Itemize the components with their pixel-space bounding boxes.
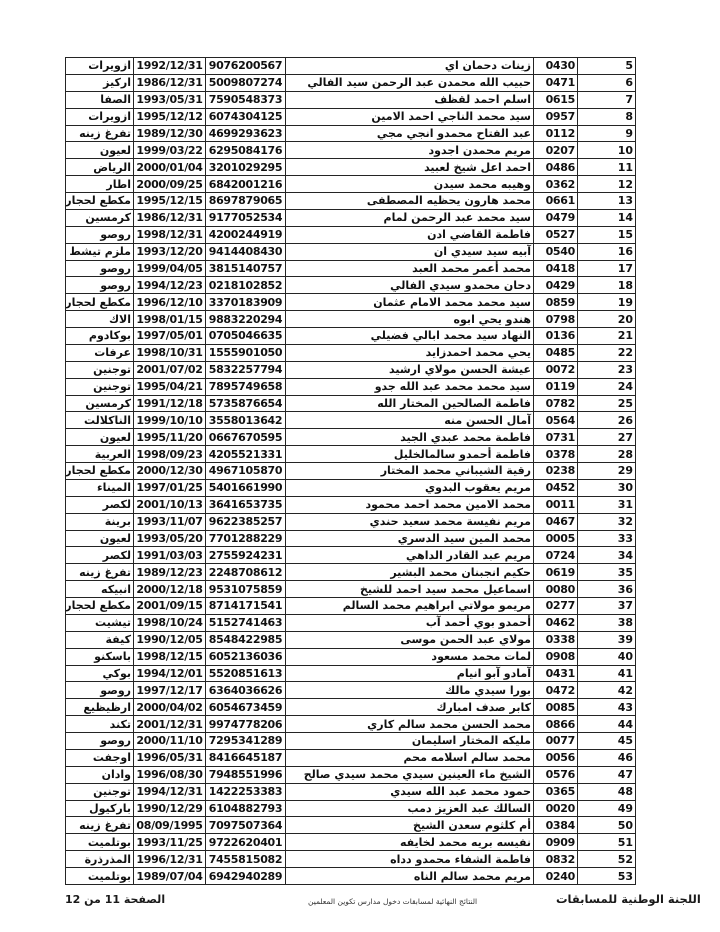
cell-candidate-code: 0909 (534, 834, 578, 851)
cell-exam-center: باركيول (66, 800, 134, 817)
cell-candidate-code: 0378 (534, 446, 578, 463)
table-row: 47 0576 الشيخ ماء العينين سيدي محمد سيدي… (66, 766, 636, 783)
cell-candidate-name: مولاي عبد الحمن موسى (286, 631, 534, 648)
cell-candidate-code: 0798 (534, 311, 578, 328)
cell-candidate-code: 0908 (534, 648, 578, 665)
cell-exam-center: مكطع لحجار (66, 463, 134, 480)
table-row: 37 0277 مريمو مولاتي ابراهيم محمد السالم… (66, 598, 636, 615)
cell-national-id: 3370183909 (206, 294, 286, 311)
table-row: 17 0418 محمد أعمر محمد العبد 3815140757 … (66, 260, 636, 277)
cell-serial-number: 46 (578, 749, 636, 766)
cell-candidate-name: الشيخ ماء العينين سيدي محمد سيدي صالح (286, 766, 534, 783)
cell-national-id: 3201029295 (206, 159, 286, 176)
cell-exam-center: بوكي (66, 665, 134, 682)
cell-candidate-name: مريمو مولاتي ابراهيم محمد السالم (286, 598, 534, 615)
cell-candidate-name: عيشة الحسن مولاي ارشيد (286, 361, 534, 378)
cell-candidate-code: 0418 (534, 260, 578, 277)
footer-doc-title: النتائج النهائية لمسابقات دخول مدارس تكو… (308, 897, 477, 906)
cell-exam-center: برينة (66, 513, 134, 530)
cell-birth-date: 1993/12/20 (134, 243, 206, 260)
cell-serial-number: 44 (578, 716, 636, 733)
cell-candidate-name: عبد الفتاح محمدو انجي مجي (286, 125, 534, 142)
cell-exam-center: مكطع لحجار (66, 598, 134, 615)
cell-serial-number: 47 (578, 766, 636, 783)
cell-national-id: 9177052534 (206, 209, 286, 226)
cell-birth-date: 1998/12/31 (134, 226, 206, 243)
cell-national-id: 8697879065 (206, 193, 286, 210)
cell-national-id: 6942940289 (206, 868, 286, 885)
table-row: 41 0431 آمادو آبو انيام 5520851613 1994/… (66, 665, 636, 682)
table-row: 32 0467 مريم نفيسة محمد سعيد حندي 962238… (66, 513, 636, 530)
cell-national-id: 9722620401 (206, 834, 286, 851)
cell-candidate-name: مريم يعقوب البدوي (286, 479, 534, 496)
cell-candidate-name: محمد أعمر محمد العبد (286, 260, 534, 277)
table-row: 22 0485 يحي محمد احمدزايد 1555901050 199… (66, 344, 636, 361)
cell-exam-center: لكصر (66, 496, 134, 513)
cell-candidate-name: سيد محمد عبد الرحمن لمام (286, 209, 534, 226)
cell-candidate-name: نفيسه بريه محمد لخايفه (286, 834, 534, 851)
cell-national-id: 5520851613 (206, 665, 286, 682)
cell-exam-center: تفرغ زينه (66, 125, 134, 142)
cell-national-id: 5832257794 (206, 361, 286, 378)
cell-national-id: 6074304125 (206, 108, 286, 125)
cell-candidate-code: 0338 (534, 631, 578, 648)
cell-candidate-code: 0384 (534, 817, 578, 834)
cell-national-id: 4967105870 (206, 463, 286, 480)
cell-candidate-code: 0661 (534, 193, 578, 210)
cell-candidate-code: 0362 (534, 176, 578, 193)
cell-national-id: 6054673459 (206, 699, 286, 716)
cell-serial-number: 30 (578, 479, 636, 496)
cell-birth-date: 2000/11/10 (134, 733, 206, 750)
cell-candidate-name: سيد محمد الناجي احمد الامين (286, 108, 534, 125)
cell-serial-number: 52 (578, 851, 636, 868)
cell-candidate-code: 0724 (534, 547, 578, 564)
cell-exam-center: وادان (66, 766, 134, 783)
cell-birth-date: 1998/10/24 (134, 614, 206, 631)
cell-candidate-code: 0782 (534, 395, 578, 412)
cell-birth-date: 2000/04/02 (134, 699, 206, 716)
cell-serial-number: 34 (578, 547, 636, 564)
table-row: 35 0619 حكيم انجبنان محمد البشير 2248708… (66, 564, 636, 581)
cell-exam-center: تكند (66, 716, 134, 733)
table-row: 31 0011 محمد الامين محمد احمد محمود 3641… (66, 496, 636, 513)
cell-birth-date: 2001/09/15 (134, 598, 206, 615)
table-row: 51 0909 نفيسه بريه محمد لخايفه 972262040… (66, 834, 636, 851)
cell-serial-number: 27 (578, 429, 636, 446)
table-row: 5 0430 زينات دحمان اي 9076200567 1992/12… (66, 58, 636, 75)
cell-exam-center: الصفا (66, 91, 134, 108)
cell-candidate-code: 0615 (534, 91, 578, 108)
table-row: 33 0005 محمد المين سيد الدسري 7701288229… (66, 530, 636, 547)
cell-exam-center: بوتلميت (66, 834, 134, 851)
cell-candidate-name: مليكه المختار اسليمان (286, 733, 534, 750)
cell-serial-number: 19 (578, 294, 636, 311)
cell-serial-number: 42 (578, 682, 636, 699)
cell-candidate-name: فاطمة القاضي ادن (286, 226, 534, 243)
cell-exam-center: مكطع لحجار (66, 294, 134, 311)
cell-exam-center: المذرذرة (66, 851, 134, 868)
cell-national-id: 0218102852 (206, 277, 286, 294)
cell-birth-date: 1990/12/05 (134, 631, 206, 648)
cell-exam-center: كرمسين (66, 395, 134, 412)
table-row: 29 0238 رقية الشيباني محمد المختار 49671… (66, 463, 636, 480)
cell-serial-number: 16 (578, 243, 636, 260)
cell-candidate-code: 0471 (534, 74, 578, 91)
table-row: 26 0564 آمال الحسن منه 3558013642 1999/1… (66, 412, 636, 429)
cell-candidate-code: 0119 (534, 378, 578, 395)
cell-birth-date: 1996/08/30 (134, 766, 206, 783)
cell-exam-center: روصو (66, 226, 134, 243)
cell-candidate-name: كابر صدف امبارك (286, 699, 534, 716)
table-row: 13 0661 محمد هارون يحظيه المصطفى 8697879… (66, 193, 636, 210)
cell-candidate-code: 0238 (534, 463, 578, 480)
cell-candidate-code: 0112 (534, 125, 578, 142)
table-row: 11 0486 احمد اعل شيخ لعبيد 3201029295 20… (66, 159, 636, 176)
cell-national-id: 0667670595 (206, 429, 286, 446)
cell-serial-number: 11 (578, 159, 636, 176)
cell-exam-center: ازويرات (66, 108, 134, 125)
cell-birth-date: 1995/12/12 (134, 108, 206, 125)
cell-national-id: 3641653735 (206, 496, 286, 513)
cell-national-id: 1555901050 (206, 344, 286, 361)
cell-candidate-code: 0077 (534, 733, 578, 750)
cell-serial-number: 32 (578, 513, 636, 530)
cell-birth-date: 2001/12/31 (134, 716, 206, 733)
cell-candidate-code: 0020 (534, 800, 578, 817)
cell-national-id: 5009807274 (206, 74, 286, 91)
cell-serial-number: 45 (578, 733, 636, 750)
cell-candidate-name: لمات محمد مسعود (286, 648, 534, 665)
cell-candidate-code: 0056 (534, 749, 578, 766)
cell-exam-center: ارظيظيع (66, 699, 134, 716)
cell-birth-date: 1995/04/21 (134, 378, 206, 395)
cell-birth-date: 1989/07/04 (134, 868, 206, 885)
cell-exam-center: لعيون (66, 142, 134, 159)
cell-birth-date: 1999/03/22 (134, 142, 206, 159)
cell-birth-date: 1994/12/01 (134, 665, 206, 682)
cell-candidate-name: أحمدو بوي أحمد آب (286, 614, 534, 631)
cell-exam-center: روصو (66, 277, 134, 294)
cell-national-id: 5735876654 (206, 395, 286, 412)
cell-candidate-code: 0731 (534, 429, 578, 446)
cell-serial-number: 40 (578, 648, 636, 665)
cell-exam-center: بوكادوم (66, 328, 134, 345)
cell-serial-number: 38 (578, 614, 636, 631)
cell-national-id: 5401661990 (206, 479, 286, 496)
cell-national-id: 4205521331 (206, 446, 286, 463)
cell-national-id: 5152741463 (206, 614, 286, 631)
cell-candidate-name: بورا سيدي مالك (286, 682, 534, 699)
cell-candidate-code: 0365 (534, 783, 578, 800)
cell-exam-center: اركيز (66, 74, 134, 91)
cell-candidate-code: 0462 (534, 614, 578, 631)
cell-serial-number: 35 (578, 564, 636, 581)
cell-candidate-name: مريم محمد سالم الناه (286, 868, 534, 885)
table-row: 48 0365 حمود محمد عبد الله سيدي 14222533… (66, 783, 636, 800)
cell-candidate-name: محمد الامين محمد احمد محمود (286, 496, 534, 513)
table-row: 15 0527 فاطمة القاضي ادن 4200244919 1998… (66, 226, 636, 243)
scanned-page: 5 0430 زينات دحمان اي 9076200567 1992/12… (0, 0, 720, 932)
cell-serial-number: 18 (578, 277, 636, 294)
cell-serial-number: 36 (578, 581, 636, 598)
cell-serial-number: 33 (578, 530, 636, 547)
cell-candidate-code: 0207 (534, 142, 578, 159)
cell-candidate-code: 0429 (534, 277, 578, 294)
cell-serial-number: 10 (578, 142, 636, 159)
cell-serial-number: 14 (578, 209, 636, 226)
cell-exam-center: توجنين (66, 361, 134, 378)
cell-exam-center: تفرغ زينه (66, 817, 134, 834)
cell-national-id: 9883220294 (206, 311, 286, 328)
table-row: 19 0859 سيد محمد محمد الامام عثمان 33701… (66, 294, 636, 311)
cell-national-id: 7701288229 (206, 530, 286, 547)
table-row: 36 0080 اسماعيل محمد سيد احمد للشيخ 9531… (66, 581, 636, 598)
cell-birth-date: 2000/01/04 (134, 159, 206, 176)
cell-serial-number: 24 (578, 378, 636, 395)
cell-candidate-code: 0472 (534, 682, 578, 699)
cell-candidate-name: آبيه سيد سيدي ان (286, 243, 534, 260)
cell-birth-date: 1998/09/23 (134, 446, 206, 463)
cell-candidate-name: فاطمة محمد عبدي الجيد (286, 429, 534, 446)
cell-birth-date: 2001/10/13 (134, 496, 206, 513)
cell-exam-center: تيشيت (66, 614, 134, 631)
cell-candidate-name: سيد محمد محمد عبد الله جدو (286, 378, 534, 395)
cell-birth-date: 1999/04/05 (134, 260, 206, 277)
cell-serial-number: 21 (578, 328, 636, 345)
table-row: 34 0724 مريم عبد القادر الداهي 275592423… (66, 547, 636, 564)
cell-candidate-name: فاطمة أحمدو سالمالخليل (286, 446, 534, 463)
cell-candidate-code: 0486 (534, 159, 578, 176)
cell-candidate-name: فاطمة الشفاء محمدو دداه (286, 851, 534, 868)
cell-candidate-code: 0080 (534, 581, 578, 598)
cell-national-id: 7295341289 (206, 733, 286, 750)
cell-national-id: 9414408430 (206, 243, 286, 260)
cell-birth-date: 1997/01/25 (134, 479, 206, 496)
cell-exam-center: روصو (66, 733, 134, 750)
cell-serial-number: 31 (578, 496, 636, 513)
cell-national-id: 7455815082 (206, 851, 286, 868)
cell-candidate-name: محمد سالم اسلامه محم (286, 749, 534, 766)
cell-candidate-code: 0240 (534, 868, 578, 885)
cell-national-id: 8548422985 (206, 631, 286, 648)
cell-candidate-code: 0479 (534, 209, 578, 226)
cell-national-id: 6295084176 (206, 142, 286, 159)
cell-serial-number: 8 (578, 108, 636, 125)
cell-birth-date: 1995/12/15 (134, 193, 206, 210)
cell-national-id: 2248708612 (206, 564, 286, 581)
cell-serial-number: 25 (578, 395, 636, 412)
cell-candidate-name: يحي محمد احمدزايد (286, 344, 534, 361)
cell-candidate-name: زينات دحمان اي (286, 58, 534, 75)
cell-candidate-name: رقية الشيباني محمد المختار (286, 463, 534, 480)
cell-candidate-name: آمادو آبو انيام (286, 665, 534, 682)
cell-candidate-code: 0957 (534, 108, 578, 125)
table-row: 50 0384 أم كلثوم سعدن الشيخ 7097507364 0… (66, 817, 636, 834)
table-row: 10 0207 مريم محمدن اجدود 6295084176 1999… (66, 142, 636, 159)
cell-exam-center: الميناء (66, 479, 134, 496)
table-row: 23 0072 عيشة الحسن مولاي ارشيد 583225779… (66, 361, 636, 378)
cell-birth-date: 1986/12/31 (134, 74, 206, 91)
cell-serial-number: 9 (578, 125, 636, 142)
table-row: 9 0112 عبد الفتاح محمدو انجي مجي 4699293… (66, 125, 636, 142)
cell-national-id: 8714171541 (206, 598, 286, 615)
cell-candidate-name: اسلم احمد لقظف (286, 91, 534, 108)
cell-candidate-code: 0619 (534, 564, 578, 581)
cell-exam-center: اوجفت (66, 749, 134, 766)
cell-serial-number: 20 (578, 311, 636, 328)
table-row: 49 0020 السالك عبد العزيز دمب 6104882793… (66, 800, 636, 817)
table-row: 43 0085 كابر صدف امبارك 6054673459 2000/… (66, 699, 636, 716)
cell-candidate-name: احمد اعل شيخ لعبيد (286, 159, 534, 176)
table-row: 28 0378 فاطمة أحمدو سالمالخليل 420552133… (66, 446, 636, 463)
cell-serial-number: 51 (578, 834, 636, 851)
table-row: 21 0136 النهاد سيد محمد ابالي فضيلي 0705… (66, 328, 636, 345)
cell-exam-center: لكصر (66, 547, 134, 564)
cell-birth-date: 1993/05/31 (134, 91, 206, 108)
cell-birth-date: 1992/12/31 (134, 58, 206, 75)
cell-exam-center: كيفة (66, 631, 134, 648)
cell-exam-center: روصو (66, 682, 134, 699)
cell-national-id: 7097507364 (206, 817, 286, 834)
cell-national-id: 1422253383 (206, 783, 286, 800)
cell-national-id: 9974778206 (206, 716, 286, 733)
cell-candidate-name: مريم محمدن اجدود (286, 142, 534, 159)
cell-birth-date: 2001/07/02 (134, 361, 206, 378)
cell-birth-date: 1999/10/10 (134, 412, 206, 429)
cell-birth-date: 2000/12/18 (134, 581, 206, 598)
cell-candidate-name: محمد الحسن محمد سالم كاري (286, 716, 534, 733)
cell-candidate-code: 0467 (534, 513, 578, 530)
cell-exam-center: اطار (66, 176, 134, 193)
cell-national-id: 6842001216 (206, 176, 286, 193)
cell-national-id: 3558013642 (206, 412, 286, 429)
cell-exam-center: بوتلميت (66, 868, 134, 885)
table-row: 14 0479 سيد محمد عبد الرحمن لمام 9177052… (66, 209, 636, 226)
cell-exam-center: مكطع لحجار (66, 193, 134, 210)
table-row: 7 0615 اسلم احمد لقظف 7590548373 1993/05… (66, 91, 636, 108)
cell-candidate-name: وهيبه محمد سيدن (286, 176, 534, 193)
cell-national-id: 9531075859 (206, 581, 286, 598)
cell-birth-date: 1989/12/23 (134, 564, 206, 581)
cell-candidate-code: 0136 (534, 328, 578, 345)
cell-exam-center: عرفات (66, 344, 134, 361)
cell-candidate-name: مريم نفيسة محمد سعيد حندي (286, 513, 534, 530)
cell-national-id: 9076200567 (206, 58, 286, 75)
cell-serial-number: 28 (578, 446, 636, 463)
cell-birth-date: 08/09/1995 (134, 817, 206, 834)
cell-serial-number: 13 (578, 193, 636, 210)
cell-candidate-code: 0277 (534, 598, 578, 615)
cell-candidate-code: 0430 (534, 58, 578, 75)
cell-exam-center: باسكنو (66, 648, 134, 665)
table-row: 45 0077 مليكه المختار اسليمان 7295341289… (66, 733, 636, 750)
cell-birth-date: 1998/10/31 (134, 344, 206, 361)
cell-candidate-name: دحان محمدو سيدي الفالي (286, 277, 534, 294)
cell-serial-number: 6 (578, 74, 636, 91)
table-row: 20 0798 هندو يحي ابوه 9883220294 1998/01… (66, 311, 636, 328)
cell-birth-date: 1993/11/07 (134, 513, 206, 530)
cell-candidate-name: حمود محمد عبد الله سيدي (286, 783, 534, 800)
cell-exam-center: الاك (66, 311, 134, 328)
cell-candidate-code: 0527 (534, 226, 578, 243)
cell-serial-number: 22 (578, 344, 636, 361)
cell-serial-number: 29 (578, 463, 636, 480)
cell-birth-date: 1995/11/20 (134, 429, 206, 446)
cell-candidate-name: آمال الحسن منه (286, 412, 534, 429)
cell-exam-center: انبيكه (66, 581, 134, 598)
cell-serial-number: 17 (578, 260, 636, 277)
cell-candidate-code: 0485 (534, 344, 578, 361)
results-table-body: 5 0430 زينات دحمان اي 9076200567 1992/12… (66, 58, 636, 885)
cell-birth-date: 1993/11/25 (134, 834, 206, 851)
cell-candidate-name: اسماعيل محمد سيد احمد للشيخ (286, 581, 534, 598)
table-row: 52 0832 فاطمة الشفاء محمدو دداه 74558150… (66, 851, 636, 868)
cell-national-id: 6052136036 (206, 648, 286, 665)
cell-candidate-name: مريم عبد القادر الداهي (286, 547, 534, 564)
cell-exam-center: لعيون (66, 530, 134, 547)
table-row: 12 0362 وهيبه محمد سيدن 6842001216 2000/… (66, 176, 636, 193)
cell-national-id: 7590548373 (206, 91, 286, 108)
cell-candidate-code: 0859 (534, 294, 578, 311)
cell-candidate-code: 0576 (534, 766, 578, 783)
table-row: 46 0056 محمد سالم اسلامه محم 8416645187 … (66, 749, 636, 766)
cell-birth-date: 1991/03/03 (134, 547, 206, 564)
cell-candidate-name: حبيب الله محمدن عبد الرحمن سيد الفالي (286, 74, 534, 91)
cell-exam-center: الناكلالت (66, 412, 134, 429)
cell-exam-center: الرياض (66, 159, 134, 176)
cell-exam-center: روصو (66, 260, 134, 277)
cell-candidate-name: فاطمة الصالحين المختار الله (286, 395, 534, 412)
table-row: 42 0472 بورا سيدي مالك 6364036626 1997/1… (66, 682, 636, 699)
cell-birth-date: 2000/12/30 (134, 463, 206, 480)
cell-birth-date: 1996/12/10 (134, 294, 206, 311)
cell-national-id: 7948551996 (206, 766, 286, 783)
cell-national-id: 4699293623 (206, 125, 286, 142)
footer-committee: اللجنة الوطنية للمسابقات (556, 892, 701, 906)
cell-exam-center: كرمسين (66, 209, 134, 226)
cell-birth-date: 1993/05/20 (134, 530, 206, 547)
cell-candidate-code: 0072 (534, 361, 578, 378)
cell-candidate-code: 0085 (534, 699, 578, 716)
cell-national-id: 6364036626 (206, 682, 286, 699)
cell-exam-center: العربية (66, 446, 134, 463)
cell-birth-date: 2000/09/25 (134, 176, 206, 193)
cell-candidate-name: النهاد سيد محمد ابالي فضيلي (286, 328, 534, 345)
cell-birth-date: 1989/12/30 (134, 125, 206, 142)
table-row: 16 0540 آبيه سيد سيدي ان 9414408430 1993… (66, 243, 636, 260)
cell-national-id: 6104882793 (206, 800, 286, 817)
cell-exam-center: ملزم تيشط (66, 243, 134, 260)
cell-birth-date: 1997/05/01 (134, 328, 206, 345)
table-row: 25 0782 فاطمة الصالحين المختار الله 5735… (66, 395, 636, 412)
cell-exam-center: لعيون (66, 429, 134, 446)
table-row: 18 0429 دحان محمدو سيدي الفالي 021810285… (66, 277, 636, 294)
cell-serial-number: 39 (578, 631, 636, 648)
table-row: 30 0452 مريم يعقوب البدوي 5401661990 199… (66, 479, 636, 496)
table-row: 27 0731 فاطمة محمد عبدي الجيد 0667670595… (66, 429, 636, 446)
footer-page-number: الصفحة 11 من 12 (65, 893, 165, 906)
cell-candidate-code: 0005 (534, 530, 578, 547)
cell-exam-center: توجنين (66, 783, 134, 800)
cell-serial-number: 26 (578, 412, 636, 429)
cell-candidate-code: 0564 (534, 412, 578, 429)
cell-birth-date: 1996/05/31 (134, 749, 206, 766)
cell-candidate-name: محمد هارون يحظيه المصطفى (286, 193, 534, 210)
cell-exam-center: ازويرات (66, 58, 134, 75)
cell-national-id: 8416645187 (206, 749, 286, 766)
cell-birth-date: 1991/12/18 (134, 395, 206, 412)
